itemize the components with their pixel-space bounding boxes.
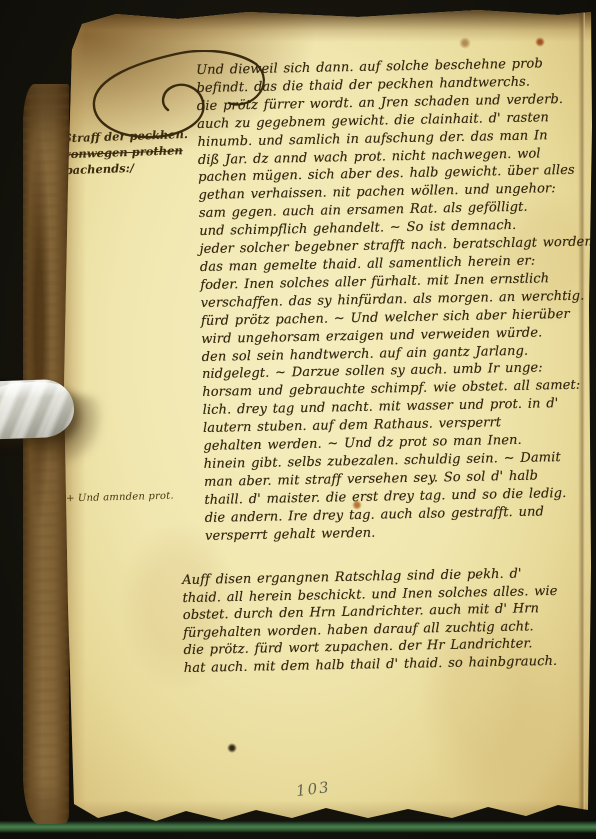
paragraph-resolution: Auff disen ergangnen Ratschlag sind die … bbox=[182, 564, 596, 677]
table-edge-strip bbox=[0, 821, 596, 833]
margin-note-heading: Straff der peckhen.vonwegen prothenpache… bbox=[63, 126, 197, 179]
paragraph-main: Und dieweil sich dann. auf solche besche… bbox=[196, 54, 596, 545]
glove-finger bbox=[0, 380, 100, 475]
manuscript-page: Straff der peckhen.vonwegen prothenpache… bbox=[58, 6, 592, 826]
manuscript-photo: Straff der peckhen.vonwegen prothenpache… bbox=[0, 0, 596, 839]
